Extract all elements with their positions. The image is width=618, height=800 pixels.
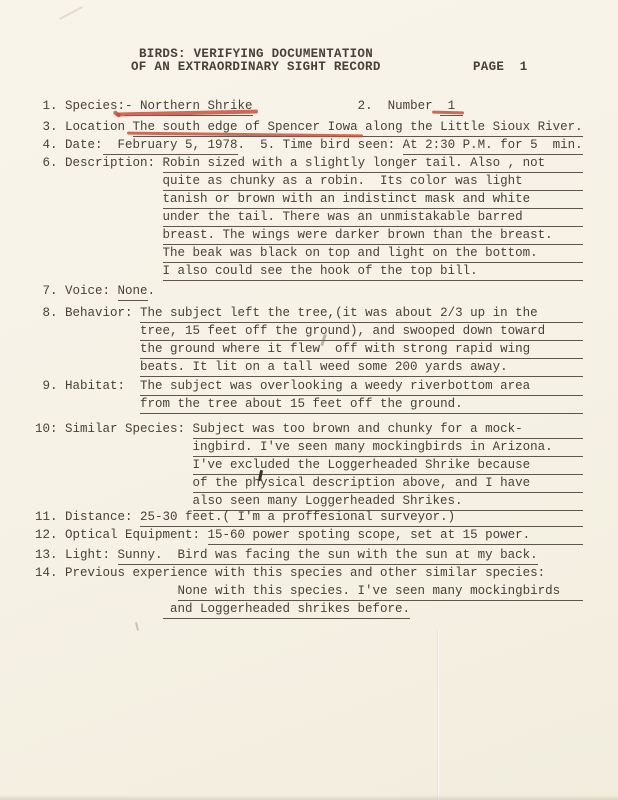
description-line-6: The beak was black on top and light on t… [163, 245, 538, 263]
previous-experience-line-1: None with this species. I've seen many m… [178, 583, 561, 601]
form-line-voice: 7. Voice: None . [35, 283, 583, 301]
form-line-similar-1: 10: Similar Species: Subject was too bro… [35, 421, 583, 439]
date-value: February 5, 1978 [103, 137, 238, 155]
underline-fill [553, 227, 583, 245]
page-number: PAGE 1 [473, 60, 528, 74]
underline-fill [455, 509, 583, 527]
underline-fill [530, 457, 583, 475]
form-line-behavior-2: tree, 15 feet off the ground), and swoop… [35, 323, 583, 341]
underline-fill [545, 323, 583, 341]
paper-crease [437, 630, 438, 800]
habitat-line-1: The subject was overlooking a weedy rive… [140, 378, 530, 396]
underline-fill [463, 396, 583, 414]
form-line-previous-label: 14. Previous experience with this specie… [35, 565, 583, 583]
form-line-behavior-4: beats. It lit on a tall weed some 200 ya… [35, 359, 583, 377]
previous-experience-label: 14. Previous experience with this specie… [35, 565, 545, 583]
optical-equipment-label: 12. Optical Equipment: [35, 527, 208, 545]
behavior-line-2: tree, 15 feet off the ground), and swoop… [140, 323, 545, 341]
description-line-3: tanish or brown with an indistinct mask … [163, 191, 531, 209]
behavior-line-3: the ground where it flew off with strong… [140, 341, 530, 359]
underline-fill [523, 421, 583, 439]
description-line-5: breast. The wings were darker brown than… [163, 227, 553, 245]
underline-fill [523, 173, 583, 191]
description-line-1: Robin sized with a slightly longer tail.… [163, 155, 546, 173]
form-line-description-3: tanish or brown with an indistinct mask … [35, 191, 583, 209]
voice-period: . [148, 283, 156, 301]
form-line-description-2: quite as chunky as a robin. Its color wa… [35, 173, 583, 191]
form-line-description-1: 6. Description: Robin sized with a sligh… [35, 155, 583, 173]
document-title-line1: BIRDS: VERIFYING DOCUMENTATION [139, 47, 373, 61]
underline-fill [508, 359, 583, 377]
form-line-description-6: The beak was black on top and light on t… [35, 245, 583, 263]
description-label: 6. Description: [35, 155, 163, 173]
gap [253, 98, 358, 116]
time-label: 5. Time bird seen: [245, 137, 403, 155]
habitat-label: 9. Habitat: [35, 378, 140, 396]
form-body: 1. Species: - Northern Shrike 2. Number … [35, 98, 583, 619]
form-line-similar-3: I've excluded the Loggerheaded Shrike be… [35, 457, 583, 475]
voice-label: 7. Voice: [35, 283, 118, 301]
description-line-7: I also could see the hook of the top bil… [163, 263, 478, 281]
form-line-similar-4: of the physical description above, and I… [35, 475, 583, 493]
light-value: Sunny. Bird was facing the sun with the … [118, 547, 538, 565]
similar-species-line-1: Subject was too brown and chunky for a m… [193, 421, 523, 439]
number-label: 2. Number [358, 98, 441, 116]
underline-fill [530, 341, 583, 359]
voice-value: None [118, 283, 148, 301]
paper-bottom-edge [0, 795, 618, 800]
form-line-description-4: under the tail. There was an unmistakabl… [35, 209, 583, 227]
underline-fill [530, 527, 583, 545]
underline-fill [530, 475, 583, 493]
behavior-line-1: The subject left the tree,(it was about … [140, 305, 538, 323]
description-line-2: quite as chunky as a robin. Its color wa… [163, 173, 523, 191]
form-line-light: 13. Light: Sunny. Bird was facing the su… [35, 547, 583, 565]
optical-equipment-value: 15-60 power spoting scope, set at 15 pow… [208, 527, 531, 545]
form-line-habitat-1: 9. Habitat: The subject was overlooking … [35, 378, 583, 396]
form-line-description-5: breast. The wings were darker brown than… [35, 227, 583, 245]
underline-fill [538, 245, 583, 263]
habitat-line-2: from the tree about 15 feet off the grou… [140, 396, 463, 414]
form-line-habitat-2: from the tree about 15 feet off the grou… [35, 396, 583, 414]
pencil-mark-margin [135, 622, 139, 631]
similar-species-line-3: I've excluded the Loggerheaded Shrike be… [193, 457, 531, 475]
distance-label: 11. Distance: [35, 509, 140, 527]
similar-species-line-2: ingbird. I've seen many mockingbirds in … [193, 439, 553, 457]
light-label: 13. Light: [35, 547, 118, 565]
underline-fill [560, 583, 583, 601]
date-label: 4. Date: [35, 137, 103, 155]
time-value: At 2:30 P.M. for 5 min. [403, 137, 583, 155]
underline-fill [478, 263, 583, 281]
underline-fill [545, 155, 583, 173]
location-label: 3. Location [35, 119, 133, 137]
similar-species-label: 10: Similar Species: [35, 421, 193, 439]
similar-species-line-4: of the physical description above, and I… [193, 475, 531, 493]
form-line-previous-1: None with this species. I've seen many m… [35, 583, 583, 601]
underline-fill [523, 209, 583, 227]
underline-fill [553, 439, 583, 457]
document-title-line2: OF AN EXTRAORDINARY SIGHT RECORD [131, 60, 381, 74]
date-period: . [238, 137, 246, 155]
pencil-smudge-top-left [59, 6, 83, 20]
underline-fill [530, 378, 583, 396]
species-label: 1. Species: [35, 98, 125, 116]
behavior-line-4: beats. It lit on a tall weed some 200 ya… [140, 359, 508, 377]
underline-fill [530, 191, 583, 209]
form-line-previous-2: and Loggerheaded shrikes before. [35, 601, 583, 619]
underline-fill [538, 305, 583, 323]
form-line-description-7: I also could see the hook of the top bil… [35, 263, 583, 281]
form-line-distance: 11. Distance: 25-30 feet.( I'm a proffes… [35, 509, 583, 527]
form-line-behavior-1: 8. Behavior: The subject left the tree,(… [35, 305, 583, 323]
behavior-label: 8. Behavior: [35, 305, 140, 323]
distance-value: 25-30 feet.( I'm a proffesional surveyor… [140, 509, 455, 527]
previous-experience-line-2: and Loggerheaded shrikes before. [163, 601, 411, 619]
form-line-similar-2: ingbird. I've seen many mockingbirds in … [35, 439, 583, 457]
form-line-optical: 12. Optical Equipment: 15-60 power spoti… [35, 527, 583, 545]
form-line-behavior-3: the ground where it flew off with strong… [35, 341, 583, 359]
description-line-4: under the tail. There was an unmistakabl… [163, 209, 523, 227]
form-line-date-time: 4. Date: February 5, 1978 . 5. Time bird… [35, 137, 583, 155]
scanned-document-page: BIRDS: VERIFYING DOCUMENTATION OF AN EXT… [0, 0, 618, 800]
